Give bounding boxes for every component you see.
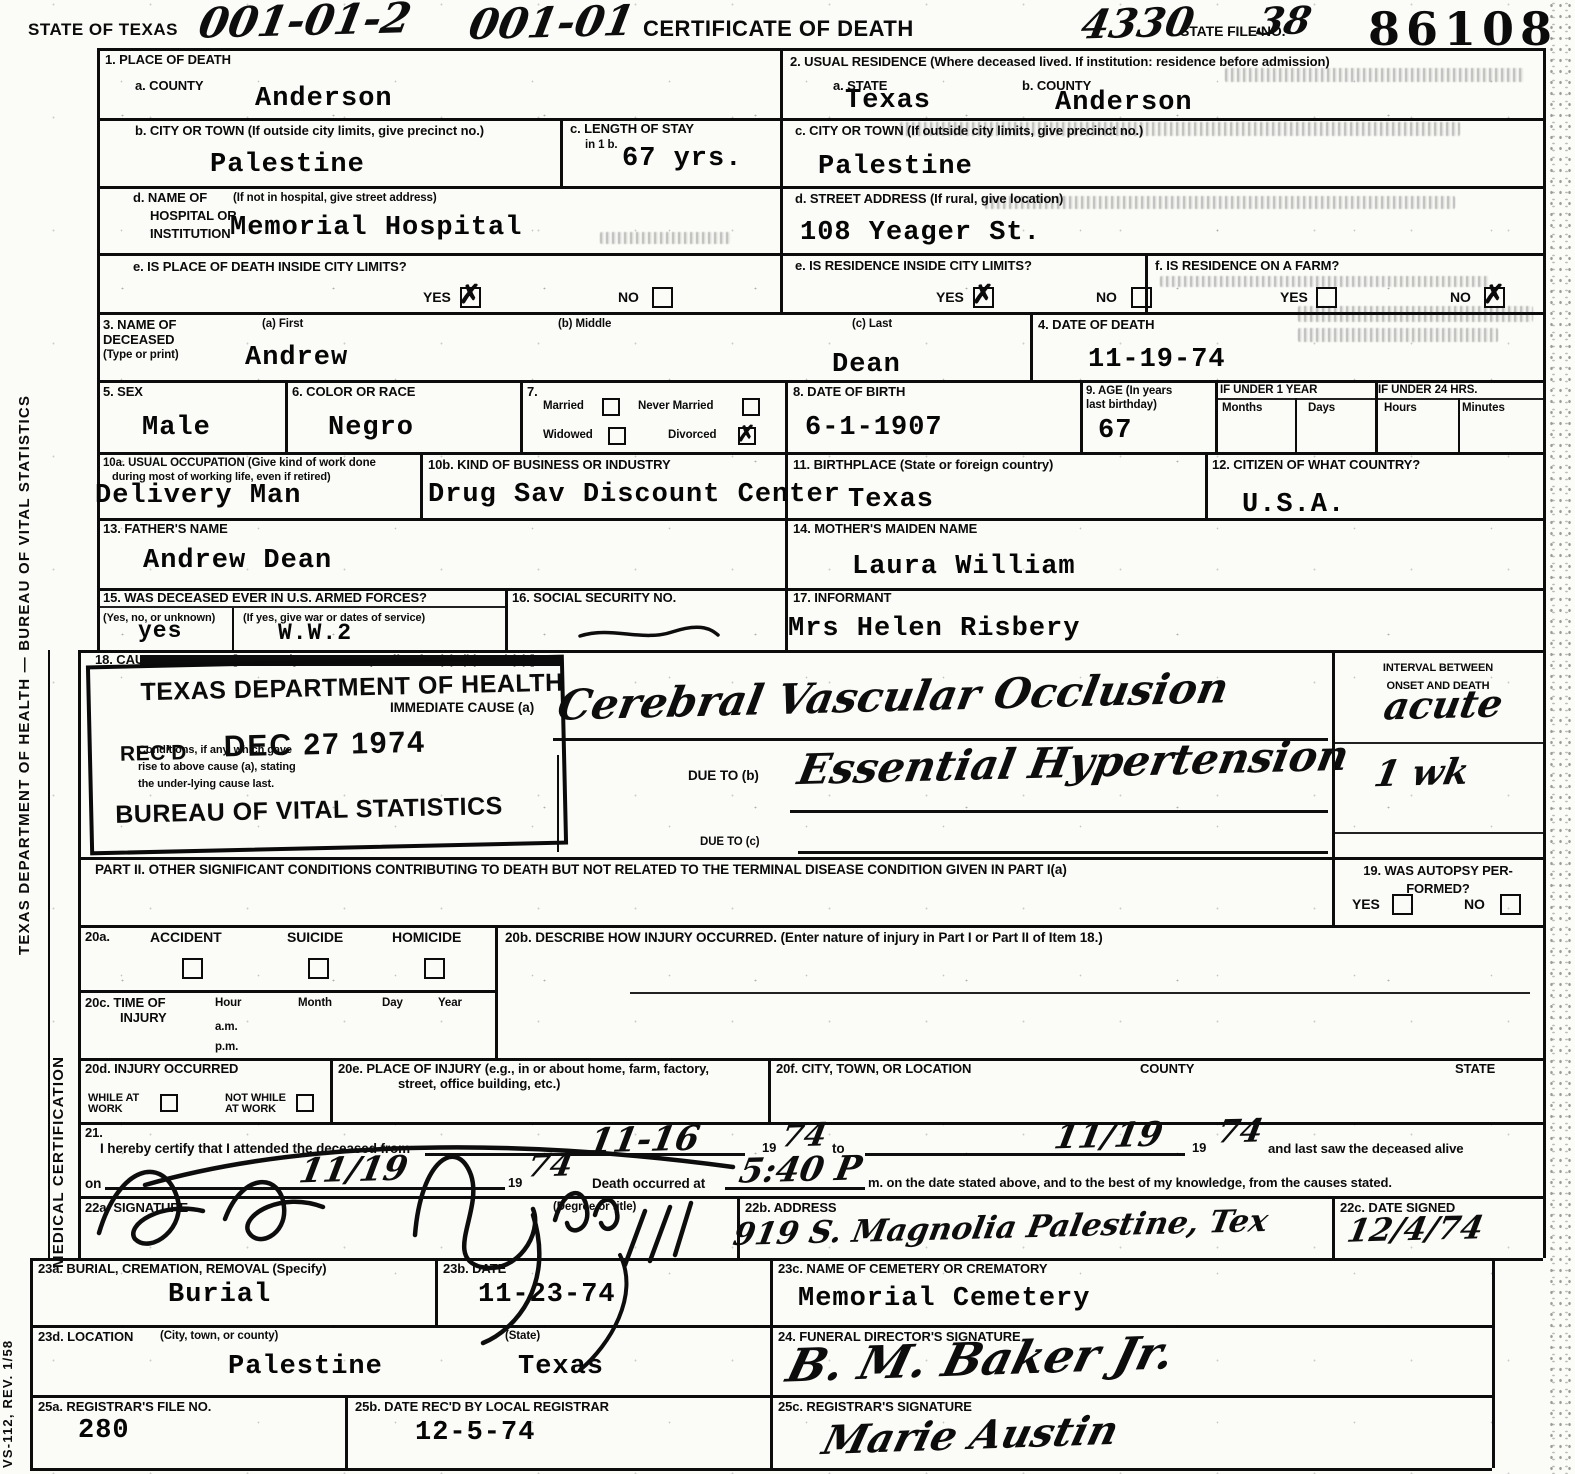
age-label2: last birthday) (1086, 399, 1157, 412)
rule (1543, 48, 1546, 1258)
burial-cremation-label: 23a. BURIAL, CREMATION, REMOVAL (Specify… (38, 1262, 326, 1277)
yes-label: YES (1352, 897, 1380, 913)
autopsy-label-1: 19. WAS AUTOPSY PER- (1363, 863, 1512, 878)
certificate-title: CERTIFICATE OF DEATH (643, 16, 914, 41)
cemetery-value: Memorial Cemetery (798, 1284, 1090, 1314)
registrar-file-no-value: 280 (78, 1416, 130, 1446)
social-security-label: 16. SOCIAL SECURITY NO. (512, 591, 676, 606)
handwritten-code-right: 001-01 (465, 0, 639, 49)
residence-farm-label: f. IS RESIDENCE ON A FARM? (1155, 259, 1339, 274)
address-label: 22b. ADDRESS (745, 1201, 837, 1216)
month-label: Month (298, 997, 332, 1010)
homicide-label: HOMICIDE (392, 930, 461, 946)
informant-value: Mrs Helen Risbery (788, 614, 1080, 644)
sex-label: 5. SEX (103, 385, 143, 400)
interval-label-1: INTERVAL BETWEEN (1383, 662, 1493, 674)
minutes-label: Minutes (1462, 402, 1505, 415)
rule (78, 990, 495, 993)
business-industry-value: Drug Sav Discount Center (428, 480, 841, 510)
certify-text-2: and last saw the deceased alive (1268, 1141, 1464, 1156)
death-certificate-scan: STATE OF TEXAS 001-01-2 001-01 CERTIFICA… (0, 0, 1575, 1474)
mothers-maiden-name-value: Laura William (852, 552, 1076, 582)
date-recd-label: 25b. DATE REC'D BY LOCAL REGISTRAR (355, 1400, 609, 1415)
suicide-label: SUICIDE (287, 930, 343, 946)
am-label: a.m. (215, 1021, 238, 1034)
first-name-label: (a) First (262, 318, 303, 331)
while-at-work-checkbox (160, 1094, 178, 1112)
rule (78, 1196, 1543, 1199)
medical-certification-vertical-label: MEDICAL CERTIFICATION (50, 848, 67, 1268)
form-number-vertical-label: VS-112, REV. 1/58 (0, 1288, 15, 1468)
business-industry-label: 10b. KIND OF BUSINESS OR INDUSTRY (428, 458, 671, 473)
attended-to-date: 11/19 (1051, 1115, 1166, 1158)
age-value: 67 (1098, 416, 1132, 446)
first-name-value: Andrew (245, 343, 348, 373)
armed-forces-label: 15. WAS DECEASED EVER IN U.S. ARMED FORC… (103, 591, 427, 606)
describe-injury-label: 20b. DESCRIBE HOW INJURY OCCURRED. (Ente… (505, 930, 1535, 945)
sex-value: Male (142, 413, 211, 443)
year-19-prefix-c: 19 (508, 1176, 522, 1191)
pm-label: p.m. (215, 1041, 238, 1054)
rule (1492, 1258, 1495, 1468)
if-under-24-hrs-label: IF UNDER 24 HRS. (1378, 384, 1477, 397)
residence-limits-no-checkbox (1131, 287, 1152, 308)
burial-date-value: 11-23-74 (478, 1280, 616, 1310)
residence-state-value: Texas (845, 86, 931, 116)
fathers-name-label: 13. FATHER'S NAME (103, 522, 228, 537)
rule (97, 118, 1543, 121)
county-label: a. COUNTY (135, 79, 203, 94)
rule (1080, 380, 1083, 452)
handwritten-number-4330: 4330 (1077, 0, 1198, 48)
day-label: Day (382, 997, 403, 1010)
street-address-value: 108 Yeager St. (800, 218, 1041, 248)
s20a-label: 20a. (85, 930, 110, 945)
length-of-stay-label: c. LENGTH OF STAY (570, 122, 694, 137)
married-checkbox (602, 398, 620, 416)
state-of-texas-label: STATE OF TEXAS (28, 20, 178, 39)
not-while-at-work-checkbox (296, 1094, 314, 1112)
time-of-injury-label: 20c. TIME OF (85, 996, 165, 1011)
autopsy-yes-checkbox (1392, 894, 1413, 915)
rule (505, 588, 508, 650)
rule (97, 186, 1543, 189)
city-value: Palestine (210, 150, 365, 180)
rule (768, 1058, 771, 1122)
divorced-checkbox (738, 427, 756, 445)
birthplace-label: 11. BIRTHPLACE (State or foreign country… (793, 458, 1053, 473)
rule (78, 925, 1543, 928)
date-signed-value: 12/4/74 (1344, 1208, 1486, 1250)
certify-text-4: m. on the date stated above, and to the … (868, 1176, 1392, 1191)
rule (495, 925, 498, 1058)
name-of-deceased-title2: DECEASED (103, 333, 174, 348)
rule (785, 518, 788, 588)
stamp-line-1: TEXAS DEPARTMENT OF HEALTH (140, 669, 564, 708)
while-at-work-label2: WORK (88, 1103, 122, 1116)
color-or-race-value: Negro (328, 413, 414, 443)
rule (97, 48, 1543, 51)
rule (630, 992, 1530, 994)
residence-city-value: Palestine (818, 152, 973, 182)
rule (1215, 398, 1543, 400)
divorced-label: Divorced (668, 429, 716, 442)
rule (97, 380, 1543, 383)
residence-limits-yes-checkbox (973, 287, 994, 308)
rule (1332, 742, 1543, 744)
writing-line (798, 851, 1328, 854)
birthplace-value: Texas (848, 485, 934, 515)
date-of-birth-value: 6-1-1907 (805, 413, 943, 443)
location-state-value: Texas (518, 1352, 604, 1382)
rule (78, 857, 1543, 860)
on-label: on (85, 1176, 101, 1191)
part-ii-label: PART II. OTHER SIGNIFICANT CONDITIONS CO… (95, 862, 1320, 877)
cemetery-label: 23c. NAME OF CEMETERY OR CREMATORY (778, 1262, 1047, 1277)
scan-noise (1160, 276, 1490, 287)
never-married-label: Never Married (638, 400, 713, 413)
rule (97, 452, 1543, 455)
degree-or-title-label: (Degree or title) (553, 1201, 636, 1214)
received-stamp: TEXAS DEPARTMENT OF HEALTH REC'D DEC 27 … (86, 655, 568, 856)
ss-no-scribble (572, 622, 722, 646)
residence-county-value: Anderson (1055, 88, 1193, 118)
length-of-stay-value: 67 yrs. (622, 144, 742, 174)
death-city-limits-label: e. IS PLACE OF DEATH INSIDE CITY LIMITS? (133, 260, 407, 275)
time-of-injury-label2: INJURY (120, 1011, 167, 1026)
farm-yes-checkbox (1316, 287, 1337, 308)
hospital-label-1: d. NAME OF (133, 191, 207, 206)
last-seen-year: 74 (524, 1145, 576, 1184)
due-to-b-label: DUE TO (b) (688, 768, 759, 783)
interval-a-value: acute (1381, 680, 1507, 728)
rule (1295, 398, 1297, 452)
state-file-no-value: 38 (1254, 0, 1316, 44)
rule (30, 1468, 1492, 1471)
middle-name-label: (b) Middle (558, 318, 611, 331)
rule (1458, 398, 1460, 452)
yes-label: YES (423, 290, 451, 306)
hospital-value: Memorial Hospital (230, 213, 522, 243)
farm-no-checkbox (1484, 287, 1505, 308)
autopsy-header: 19. WAS AUTOPSY PER- FORMED? (1340, 862, 1536, 898)
suicide-checkbox (308, 958, 329, 979)
signature-label: 22a. SIGNATURE (85, 1201, 188, 1216)
rule (345, 1395, 348, 1468)
stamp-line-2: BUREAU OF VITAL STATISTICS (115, 792, 503, 830)
last-seen-date: 11/19 (296, 1149, 411, 1192)
certificate-number: 86108 (1368, 2, 1558, 56)
name-of-deceased-title: 3. NAME OF (103, 318, 176, 333)
date-recd-value: 12-5-74 (415, 1418, 535, 1448)
married-label: Married (543, 400, 584, 413)
rule (97, 253, 1543, 256)
death-time-value: 5:40 P (736, 1148, 865, 1191)
widowed-label: Widowed (543, 429, 593, 442)
city-town-county-sublabel: (City, town, or county) (160, 1330, 278, 1343)
place-of-injury-label: 20e. PLACE OF INJURY (e.g., in or about … (338, 1062, 709, 1077)
rule (1205, 452, 1208, 518)
rule (97, 606, 505, 608)
interval-b-value: 1 wk (1371, 751, 1473, 795)
year-label: Year (438, 997, 462, 1010)
place-of-injury-label2: street, office building, etc.) (398, 1077, 560, 1092)
occupation-label: 10a. USUAL OCCUPATION (Give kind of work… (103, 457, 376, 470)
county-value: Anderson (255, 84, 393, 114)
attended-to-year: 74 (1214, 1111, 1266, 1150)
yes-label: YES (936, 290, 964, 306)
rule (560, 118, 563, 186)
mothers-maiden-name-label: 14. MOTHER'S MAIDEN NAME (793, 522, 977, 537)
s21-number: 21. (85, 1126, 103, 1141)
date-of-death-value: 11-19-74 (1088, 345, 1226, 375)
residence-city-limits-label: e. IS RESIDENCE INSIDE CITY LIMITS? (795, 259, 1032, 274)
writing-line (425, 1153, 745, 1156)
handwritten-code-left: 001-01-2 (195, 0, 415, 48)
rule (770, 1258, 773, 1468)
last-name-label: (c) Last (852, 318, 892, 331)
death-limits-no-checkbox (652, 287, 673, 308)
place-of-death-title: 1. PLACE OF DEATH (105, 53, 231, 68)
hour-label: Hour (215, 997, 241, 1010)
death-occurred-label: Death occurred at (592, 1176, 705, 1191)
citizen-label: 12. CITIZEN OF WHAT COUNTRY? (1212, 458, 1420, 473)
city-label: b. CITY OR TOWN (If outside city limits,… (135, 124, 484, 139)
rule (1332, 1196, 1335, 1258)
registrar-signature: Marie Austin (818, 1407, 1124, 1464)
rule (1332, 832, 1543, 834)
no-label: NO (1450, 290, 1471, 306)
no-label: NO (618, 290, 639, 306)
last-name-value: Dean (832, 350, 901, 380)
citizen-value: U.S.A. (1242, 490, 1345, 520)
armed-forces-value-1: yes (138, 618, 182, 644)
location-city-value: Palestine (228, 1352, 383, 1382)
hospital-label-2: HOSPITAL OR (150, 209, 237, 224)
rule (30, 1395, 1492, 1398)
rule (285, 380, 288, 452)
scan-noise (600, 232, 730, 244)
rule (435, 1258, 438, 1325)
scan-noise (1225, 68, 1525, 82)
state-sublabel: (State) (505, 1330, 540, 1343)
scan-noise-edge (1547, 0, 1575, 1474)
widowed-checkbox (608, 427, 626, 445)
rule (232, 608, 234, 650)
attended-from-date: 11-16 (586, 1119, 703, 1162)
stamp-recd: REC'D (120, 741, 188, 767)
yes-label: YES (1280, 290, 1308, 306)
armed-forces-value-2: W.W.2 (278, 620, 352, 646)
color-or-race-label: 6. COLOR OR RACE (292, 385, 415, 400)
injury-occurred-label: 20d. INJURY OCCURRED (85, 1062, 238, 1077)
scan-noise (1298, 328, 1498, 342)
marital-status-label: 7. (527, 385, 538, 400)
rule (30, 1325, 1492, 1328)
occupation-value: Delivery Man (95, 481, 301, 511)
informant-label: 17. INFORMANT (793, 591, 891, 606)
autopsy-label-2: FORMED? (1406, 881, 1470, 896)
age-label: 9. AGE (In years (1086, 385, 1172, 398)
rule (1030, 312, 1033, 380)
days-label: Days (1308, 402, 1335, 415)
hospital-label-3: INSTITUTION (150, 227, 231, 242)
date-of-death-label: 4. DATE OF DEATH (1038, 318, 1154, 333)
residence-city-label: c. CITY OR TOWN (If outside city limits,… (795, 124, 1143, 139)
immediate-cause-value: Cerebral Vascular Occlusion (554, 663, 1233, 729)
hours-label: Hours (1384, 402, 1417, 415)
rule (78, 650, 81, 1258)
writing-line (790, 810, 1328, 813)
burial-value: Burial (168, 1280, 271, 1310)
due-to-c-label: DUE TO (c) (700, 836, 760, 849)
rule (1332, 650, 1335, 925)
street-address-label: d. STREET ADDRESS (If rural, give locati… (795, 192, 1063, 207)
agency-vertical-label: TEXAS DEPARTMENT OF HEALTH — BUREAU OF V… (16, 195, 33, 955)
year-19-prefix-b: 19 (1192, 1141, 1206, 1156)
injury-city-label: 20f. CITY, TOWN, OR LOCATION (776, 1062, 971, 1077)
registrar-file-no-label: 25a. REGISTRAR'S FILE NO. (38, 1400, 211, 1415)
injury-county-label: COUNTY (1140, 1062, 1194, 1077)
death-limits-yes-checkbox (460, 287, 481, 308)
date-of-birth-label: 8. DATE OF BIRTH (793, 385, 905, 400)
accident-checkbox (182, 958, 203, 979)
rule (785, 380, 788, 452)
rule (520, 380, 523, 452)
rule (780, 48, 783, 312)
rule (420, 452, 423, 518)
rule (30, 1258, 33, 1468)
rule (1215, 380, 1218, 452)
never-married-checkbox (742, 398, 760, 416)
months-label: Months (1222, 402, 1262, 415)
injury-state-label: STATE (1455, 1062, 1495, 1077)
accident-label: ACCIDENT (150, 930, 222, 946)
rule (330, 1058, 333, 1122)
location-label: 23d. LOCATION (38, 1330, 133, 1345)
fathers-name-value: Andrew Dean (143, 546, 332, 576)
burial-date-label: 23b. DATE (443, 1262, 506, 1277)
autopsy-no-checkbox (1500, 894, 1521, 915)
stamp-date: DEC 27 1974 (223, 726, 426, 765)
not-while-at-work-label2: AT WORK (225, 1103, 276, 1116)
no-label: NO (1096, 290, 1117, 306)
length-of-stay-sublabel: in 1 b. (585, 139, 618, 152)
rule (97, 48, 100, 650)
usual-residence-title: 2. USUAL RESIDENCE (Where deceased lived… (790, 55, 1330, 70)
if-under-1-year-label: IF UNDER 1 YEAR (1220, 384, 1317, 397)
homicide-checkbox (424, 958, 445, 979)
hospital-label-paren: (If not in hospital, give street address… (233, 192, 437, 205)
no-label: NO (1464, 897, 1485, 913)
type-or-print-label: (Type or print) (103, 349, 179, 362)
